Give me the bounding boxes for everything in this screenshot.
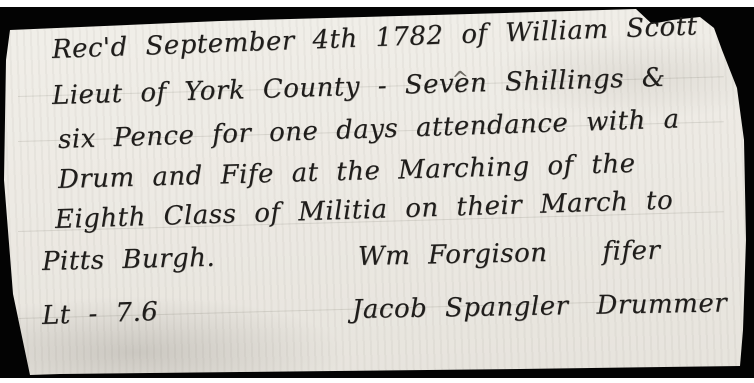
signature-name: Jacob Spangler bbox=[352, 291, 569, 325]
amount-note: Lt - 7.6 bbox=[42, 298, 159, 331]
insertion-caret-mark: ^ bbox=[451, 67, 470, 90]
scanned-receipt-image: Rec'd September 4th 1782 of William Scot… bbox=[0, 0, 754, 383]
signature-role: fifer bbox=[602, 236, 661, 267]
signature-fifer: Wm Forgisonfifer bbox=[358, 237, 661, 272]
signature-gap bbox=[548, 260, 603, 261]
signature-drummer: Jacob SpanglerDrummer bbox=[352, 289, 728, 324]
signature-name: Wm Forgison bbox=[358, 238, 548, 272]
receipt-line-pittsburgh: Pitts Burgh. bbox=[42, 244, 216, 277]
signature-role: Drummer bbox=[596, 288, 727, 320]
